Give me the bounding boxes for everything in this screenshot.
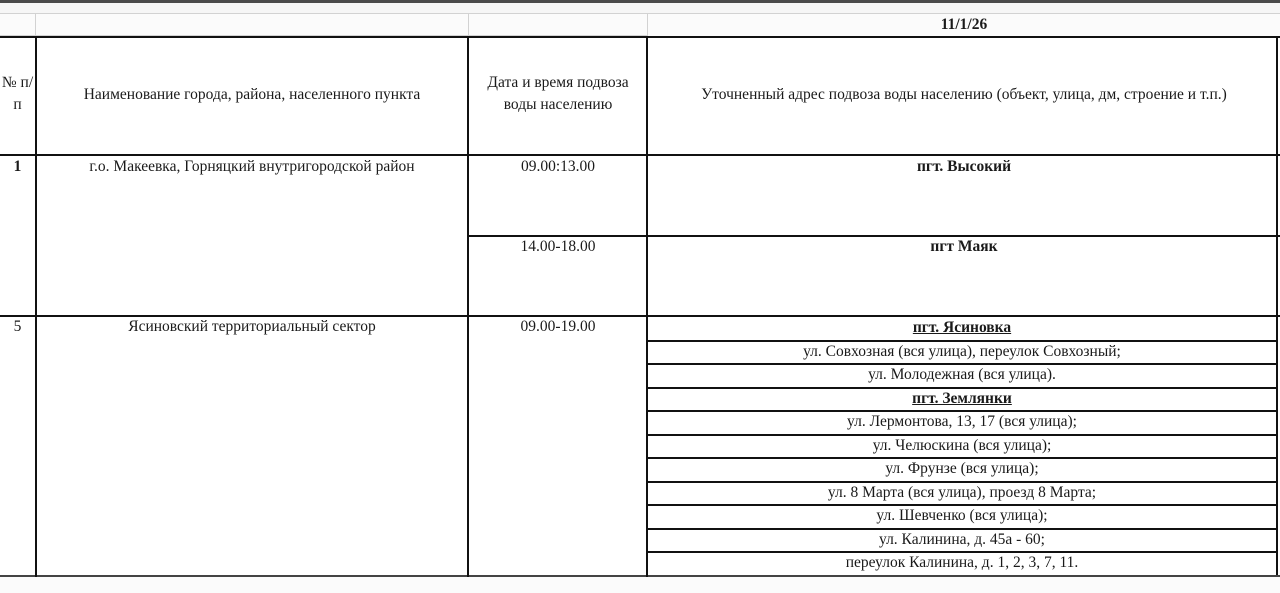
address-item: переулок Калинина, д. 1, 2, 3, 7, 11. xyxy=(648,552,1276,574)
address-item: ул. Фрунзе (вся улица); xyxy=(648,458,1276,480)
row-address-heading: пгт. Высокий xyxy=(648,156,1280,178)
row-name: г.о. Макеевка, Горняцкий внутригородской… xyxy=(36,156,468,178)
border xyxy=(648,363,1278,365)
border xyxy=(1276,36,1278,575)
row-time: 09.00:13.00 xyxy=(469,156,647,178)
header-time-line2: воды населению xyxy=(469,94,647,116)
address-item: ул. Калинина, д. 45а - 60; xyxy=(648,529,1276,551)
border xyxy=(35,36,37,577)
header-number-line2: п xyxy=(0,94,35,116)
border xyxy=(648,340,1278,342)
header-address: Уточненный адрес подвоза воды населению … xyxy=(648,84,1280,106)
address-item: ул. Молодежная (вся улица). xyxy=(648,364,1276,386)
address-item: ул. Челюскина (вся улица); xyxy=(648,435,1276,457)
header-name: Наименование города, района, населенного… xyxy=(36,84,468,106)
border xyxy=(467,36,469,577)
border xyxy=(0,315,1280,317)
row-address-heading: пгт Маяк xyxy=(648,236,1280,258)
address-item: ул. Шевченко (вся улица); xyxy=(648,505,1276,527)
border xyxy=(648,504,1278,506)
border xyxy=(648,434,1278,436)
border xyxy=(469,235,1280,237)
date-header: 11/1/26 xyxy=(648,14,1280,36)
top-margin xyxy=(0,3,1280,13)
header-time-line1: Дата и время подвоза xyxy=(469,72,647,94)
row-time: 14.00-18.00 xyxy=(469,236,647,258)
header-time: Дата и время подвоза воды населению xyxy=(469,72,647,116)
border xyxy=(0,154,1280,156)
border xyxy=(646,36,648,577)
header-number: № п/ п xyxy=(0,72,35,116)
border xyxy=(0,36,1280,38)
address-heading: пгт. Землянки xyxy=(648,388,1276,410)
gridline xyxy=(35,13,36,36)
border xyxy=(0,575,1280,577)
border xyxy=(648,528,1278,530)
border xyxy=(648,481,1278,483)
below-table-area xyxy=(0,577,1280,593)
address-item: ул. Лермонтова, 13, 17 (вся улица); xyxy=(648,411,1276,433)
border xyxy=(648,387,1278,389)
border xyxy=(648,457,1278,459)
row-name: Ясиновский территориальный сектор xyxy=(36,316,468,338)
address-item: ул. 8 Марта (вся улица), проезд 8 Марта; xyxy=(648,482,1276,504)
address-item: ул. Совхозная (вся улица), переулок Совх… xyxy=(648,341,1276,363)
border xyxy=(648,410,1278,412)
header-number-line1: № п/ xyxy=(0,72,35,94)
border xyxy=(648,551,1278,553)
row-time: 09.00-19.00 xyxy=(469,316,647,338)
row-number: 1 xyxy=(0,156,35,178)
gridline xyxy=(468,13,469,36)
address-heading: пгт. Ясиновка xyxy=(648,317,1276,339)
row-number: 5 xyxy=(0,316,35,338)
